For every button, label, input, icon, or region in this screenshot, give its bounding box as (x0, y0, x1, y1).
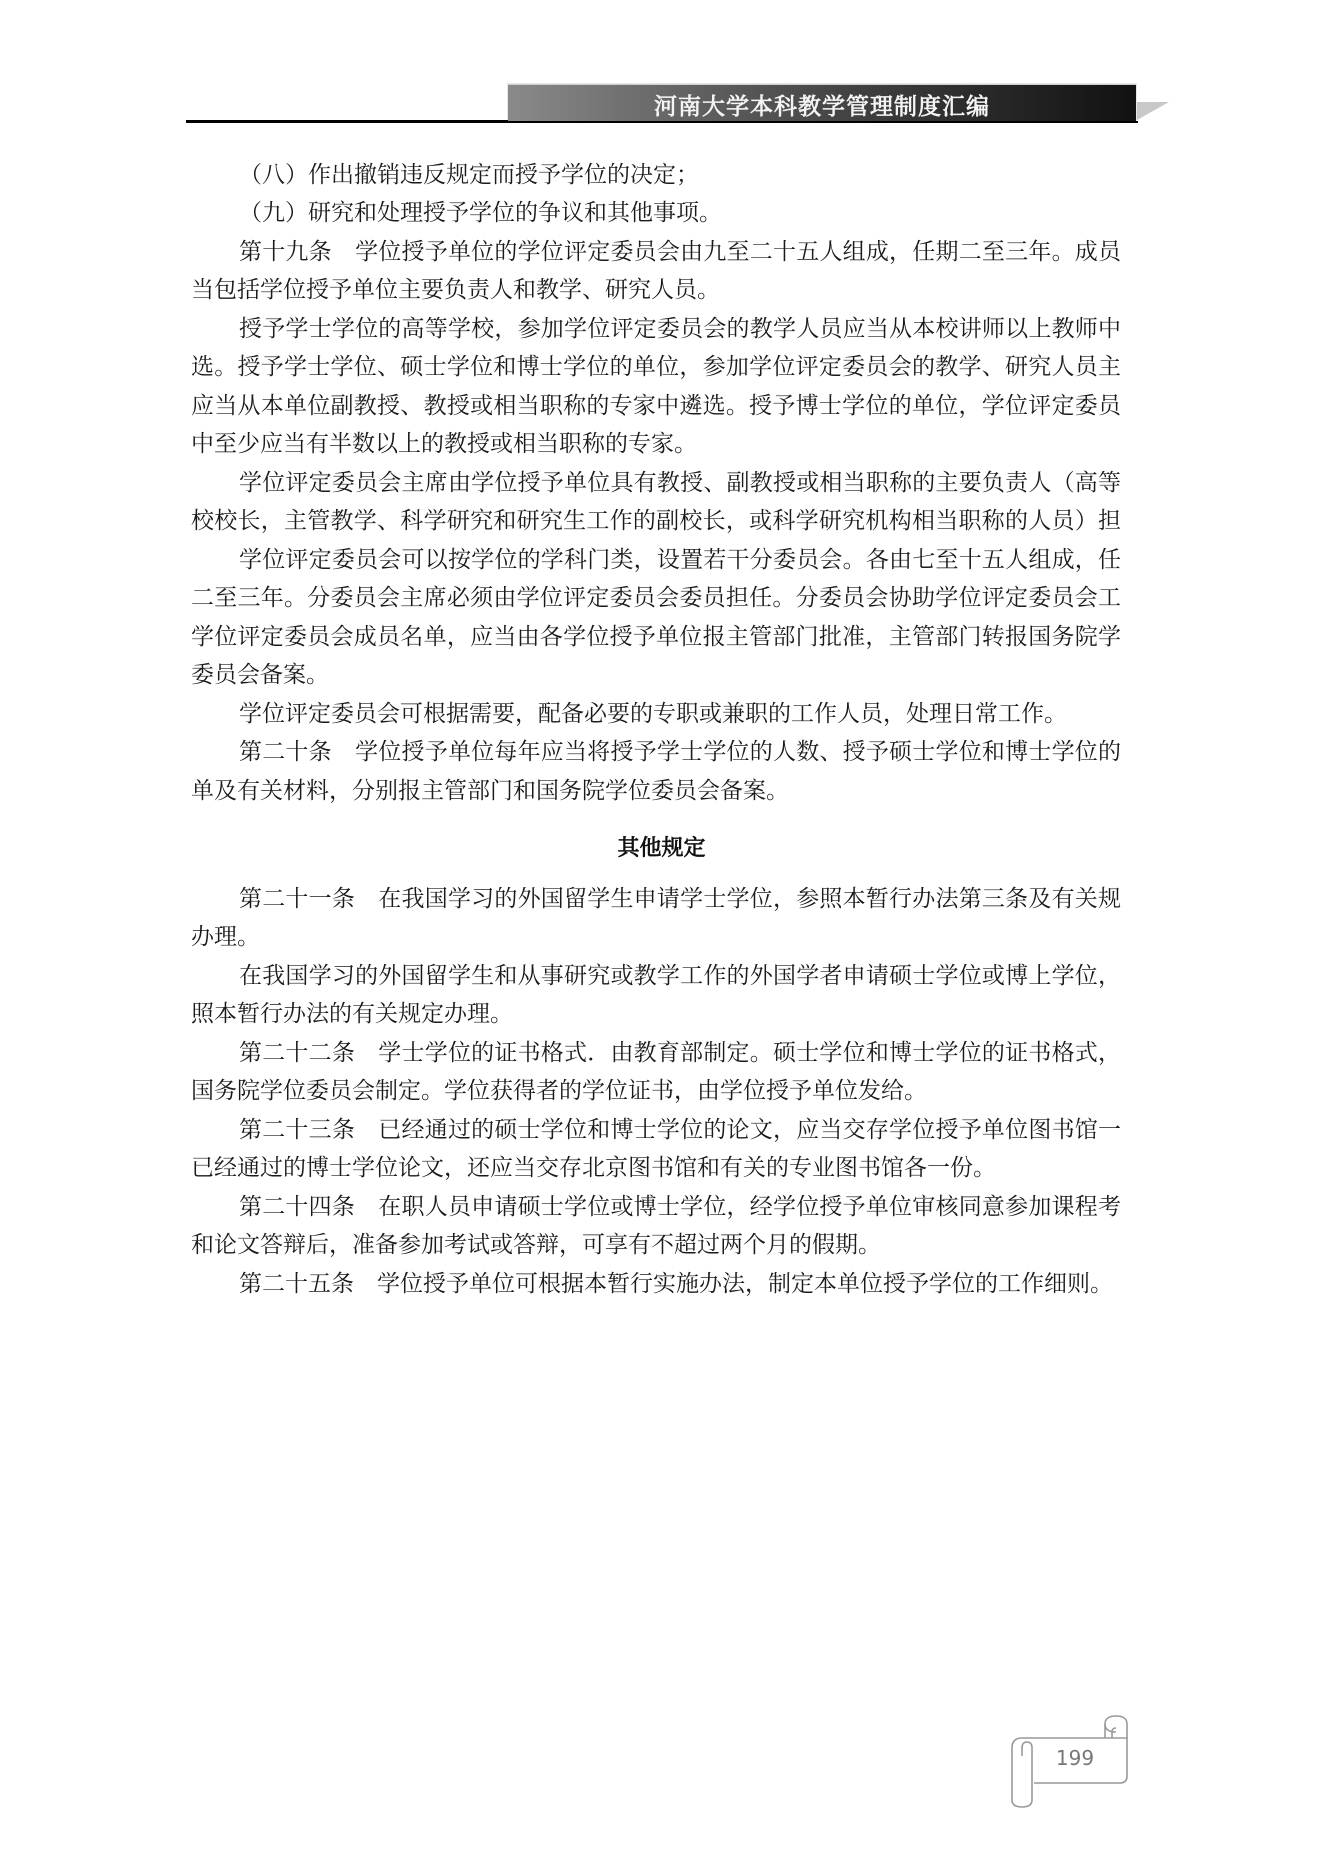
text-line: 照本暂行办法的有关规定办理。 (191, 999, 1121, 1029)
text-line: 第二十五条 学位授予单位可根据本暂行实施办法，制定本单位授予学位的工作细则。 (239, 1269, 1121, 1299)
text-line: 第十九条 学位授予单位的学位评定委员会由九至二十五人组成，任期二至三年。成员应 (239, 237, 1121, 267)
header-rule-under-bar (508, 121, 1138, 123)
text-line: 当包括学位授予单位主要负责人和教学、研究人员。 (191, 275, 1121, 305)
text-line: 学位评定委员会主席由学位授予单位具有教授、副教授或相当职称的主要负责人（高等学 (239, 468, 1121, 498)
text-line: 在我国学习的外国留学生和从事研究或教学工作的外国学者申请硕士学位或博上学位，参 (239, 961, 1121, 991)
text-line: 第二十四条 在职人员申请硕士学位或博士学位，经学位授予单位审核同意参加课程考试 (239, 1192, 1121, 1222)
header-bar: 河南大学本科教学管理制度汇编 (508, 84, 1136, 121)
text-line: 已经通过的博士学位论文，还应当交存北京图书馆和有关的专业图书馆各一份。 (191, 1153, 1121, 1183)
text-line: （九）研究和处理授予学位的争议和其他事项。 (239, 198, 1121, 228)
text-line: 中至少应当有半数以上的教授或相当职称的专家。 (191, 429, 1121, 459)
text-line: 校校长，主管教学、科学研究和研究生工作的副校长，或科学研究机构相当职称的人员）担… (191, 506, 1121, 536)
text-line: 授予学士学位的高等学校，参加学位评定委员会的教学人员应当从本校讲师以上教师中遴 (239, 314, 1121, 344)
text-line: 第二十一条 在我国学习的外国留学生申请学士学位，参照本暂行办法第三条及有关规定 (239, 884, 1121, 914)
text-line: 应当从本单位副教授、教授或相当职称的专家中遴选。授予博士学位的单位，学位评定委员… (191, 391, 1121, 421)
text-line: 委员会备案。 (191, 660, 1121, 690)
header-rule (186, 120, 508, 123)
text-line: 学位评定委员会可以按学位的学科门类，设置若干分委员会。各由七至十五人组成，任期 (239, 545, 1121, 575)
header-fold-triangle (1137, 102, 1169, 120)
document-title: 河南大学本科教学管理制度汇编 (508, 88, 1136, 121)
text-line: 第二十三条 已经通过的硕士学位和博士学位的论文，应当交存学位授予单位图书馆一份， (239, 1115, 1121, 1145)
page-number: 199 (1030, 1746, 1120, 1770)
section-heading: 其他规定 (0, 831, 1323, 862)
text-line: 国务院学位委员会制定。学位获得者的学位证书，由学位授予单位发给。 (191, 1076, 1121, 1106)
text-line: 办理。 (191, 922, 1121, 952)
text-line: 选。授予学士学位、硕士学位和博士学位的单位，参加学位评定委员会的教学、研究人员主… (191, 352, 1121, 382)
text-line: 第二十二条 学士学位的证书格式．由教育部制定。硕士学位和博士学位的证书格式，由 (239, 1038, 1121, 1068)
text-line: 和论文答辩后，准备参加考试或答辩，可享有不超过两个月的假期。 (191, 1230, 1121, 1260)
text-line: 单及有关材料，分别报主管部门和国务院学位委员会备案。 (191, 776, 1121, 806)
text-line: 学位评定委员会可根据需要，配备必要的专职或兼职的工作人员，处理日常工作。 (239, 699, 1121, 729)
text-line: 学位评定委员会成员名单，应当由各学位授予单位报主管部门批准，主管部门转报国务院学… (191, 622, 1121, 652)
text-line: 二至三年。分委员会主席必须由学位评定委员会委员担任。分委员会协助学位评定委员会工… (191, 583, 1121, 613)
text-line: 第二十条 学位授予单位每年应当将授予学士学位的人数、授予硕士学位和博士学位的名 (239, 737, 1121, 767)
text-line: （八）作出撤销违反规定而授予学位的决定； (239, 160, 1121, 190)
